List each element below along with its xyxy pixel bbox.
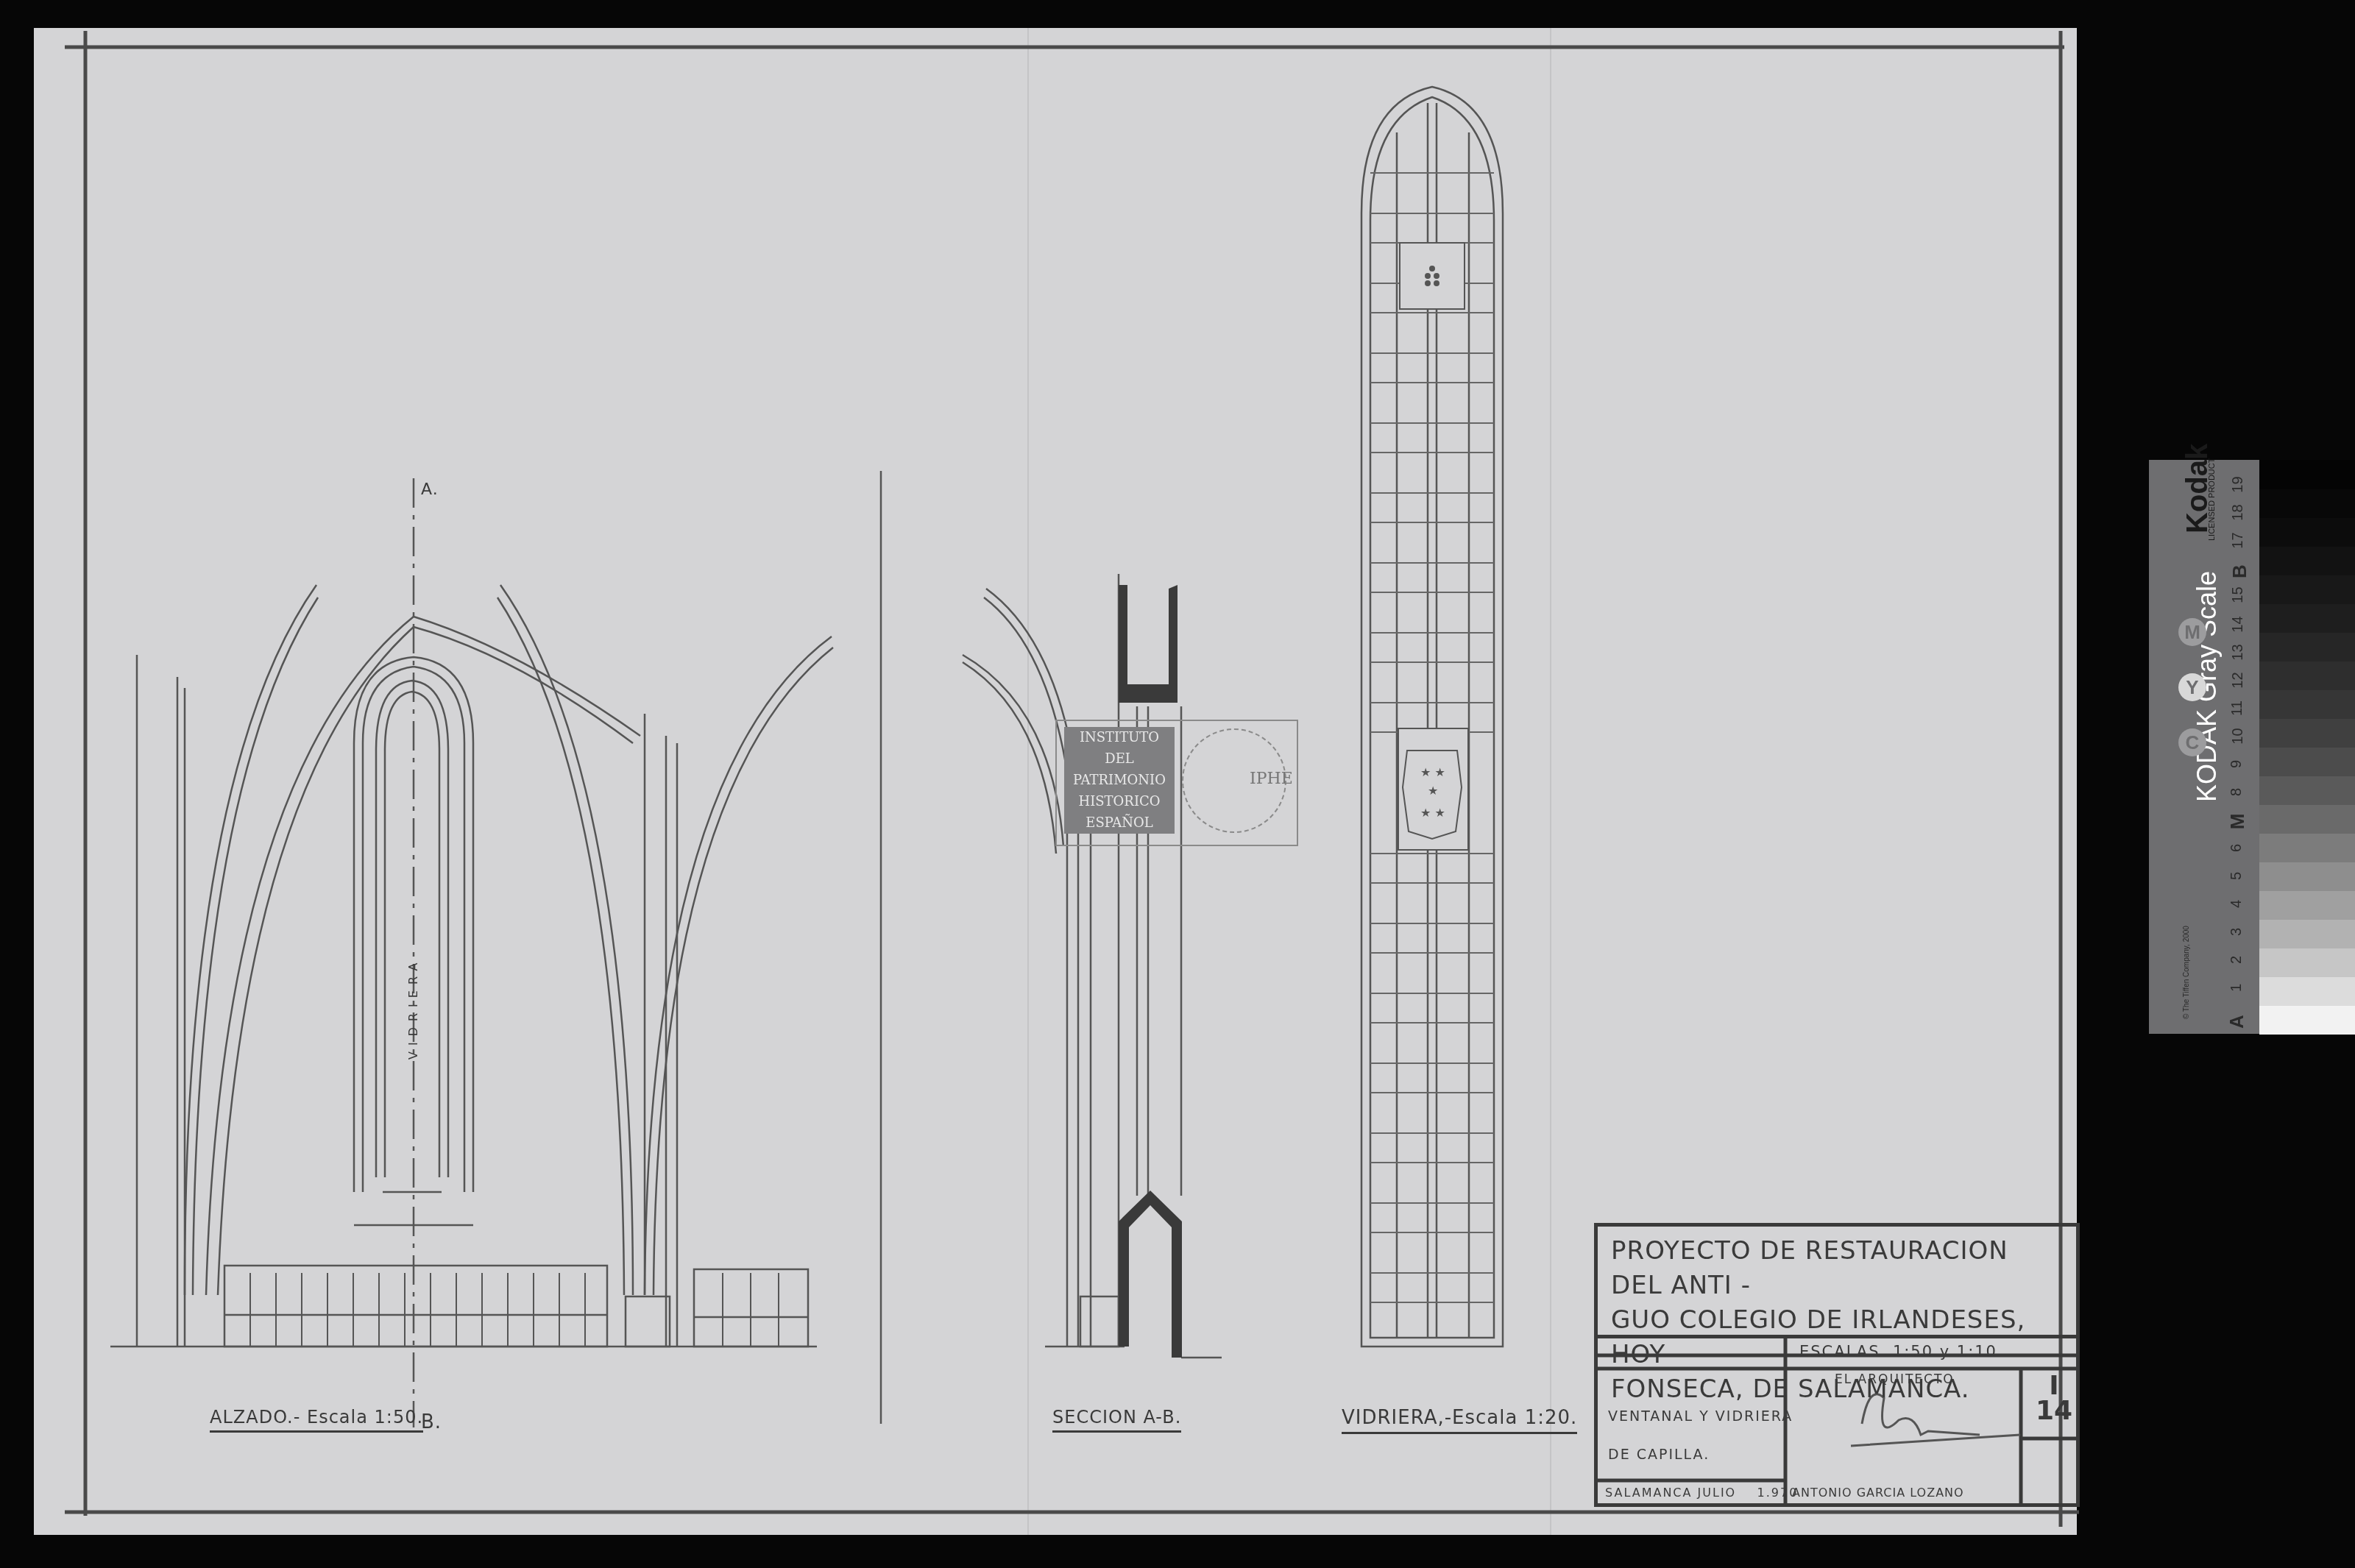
alzado-elevation	[110, 478, 833, 1427]
architect-name: ANTONIO GARCIA LOZANO	[1792, 1486, 1964, 1500]
svg-text:★ ★: ★ ★	[1420, 806, 1445, 820]
cyan-patch: C	[2178, 728, 2206, 756]
gray-step	[2259, 661, 2355, 690]
iphe-stamp: INSTITUTO DEL PATRIMONIO HISTORICO ESPAÑ…	[1055, 720, 1298, 846]
gray-step	[2259, 776, 2355, 805]
section-cut	[1119, 585, 1182, 1358]
gray-step	[2259, 517, 2355, 547]
magenta-patch: M	[2178, 618, 2206, 646]
section-mark-b: B.	[421, 1411, 442, 1433]
yellow-patch: Y	[2178, 673, 2206, 701]
gray-step	[2259, 546, 2355, 575]
gray-step	[2259, 689, 2355, 719]
gray-step-patches	[2259, 460, 2355, 1034]
window-label: VIDRIERA	[406, 957, 420, 1060]
sheet-subject: VENTANAL Y VIDRIERA DE CAPILLA.	[1608, 1397, 1793, 1474]
title-block: PROYECTO DE RESTAURACION DEL ANTI - GUO …	[1594, 1223, 2080, 1507]
vidriera-coat-of-arms: ★ ★ ★ ★ ★	[1398, 243, 1468, 850]
svg-text:★ ★: ★ ★	[1420, 765, 1445, 779]
sheet-number: I 14	[2026, 1374, 2082, 1424]
gray-step	[2259, 890, 2355, 920]
iphe-logo-text: IPHE	[1250, 770, 1293, 788]
project-title: PROYECTO DE RESTAURACION DEL ANTI - GUO …	[1598, 1227, 2076, 1338]
gray-step	[2259, 919, 2355, 948]
svg-text:★: ★	[1428, 784, 1438, 798]
gray-step	[2259, 948, 2355, 977]
architect-heading: EL ARQUITECTO	[1835, 1372, 1955, 1387]
gray-step	[2259, 575, 2355, 604]
gray-step	[2259, 603, 2355, 633]
gray-step	[2259, 632, 2355, 661]
stamp-institution: INSTITUTO DEL PATRIMONIO HISTORICO ESPAÑ…	[1064, 727, 1175, 834]
vidriera-label: VIDRIERA,-Escala 1:20.	[1342, 1407, 1577, 1429]
alzado-label: ALZADO.- Escala 1:50.	[210, 1407, 423, 1427]
stall-panels	[250, 1273, 779, 1347]
gray-step	[2259, 976, 2355, 1006]
kodak-gray-scale: Kodak LICENSED PRODUCT KODAK Gray Scale …	[2149, 460, 2355, 1034]
gray-step	[2259, 460, 2355, 489]
gray-step	[2259, 833, 2355, 862]
section-mark-a: A.	[421, 480, 439, 499]
gray-scale-label-strip: Kodak LICENSED PRODUCT KODAK Gray Scale …	[2149, 460, 2259, 1034]
seccion-label: SECCION A-B.	[1052, 1407, 1181, 1427]
gray-step	[2259, 1005, 2355, 1035]
place-date: SALAMANCA JULIO 1.970	[1605, 1486, 1798, 1500]
gray-step	[2259, 804, 2355, 834]
gray-step	[2259, 718, 2355, 748]
gray-step	[2259, 489, 2355, 518]
scales: ESCALAS 1:50 y 1:10	[1791, 1338, 2006, 1365]
gray-step	[2259, 747, 2355, 776]
gray-step	[2259, 862, 2355, 891]
